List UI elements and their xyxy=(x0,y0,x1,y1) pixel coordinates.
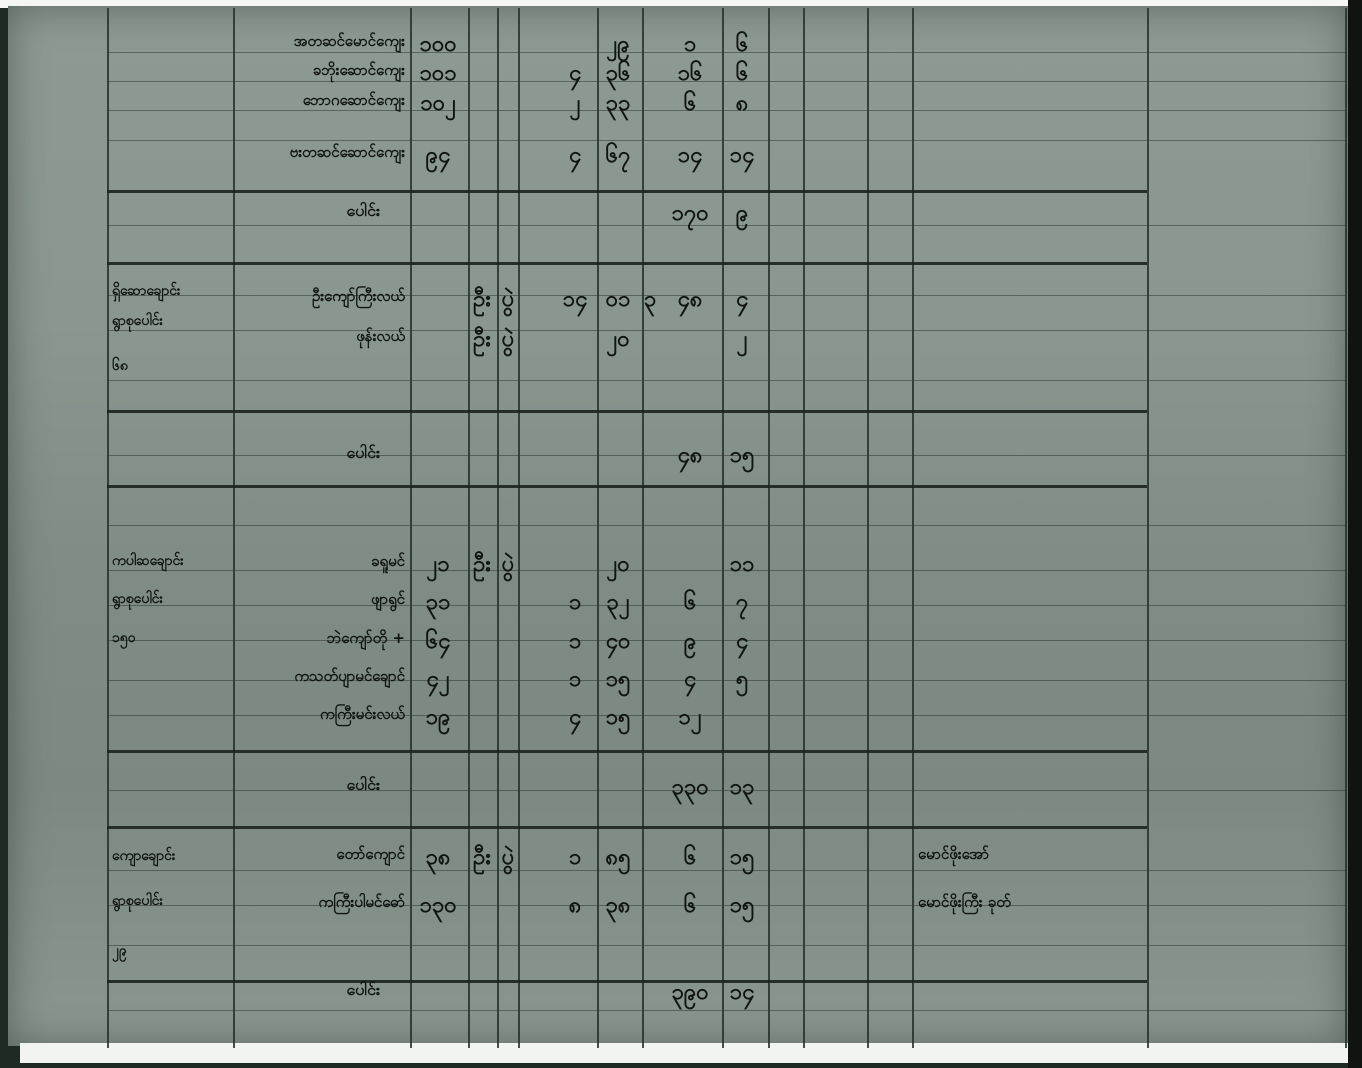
entry-value-c3: ပွဲ xyxy=(486,847,530,869)
total-value-c7: ၄၈ xyxy=(668,445,712,467)
total-label: ပေါင်း xyxy=(346,982,380,998)
entry-value-c8: ၁၅ xyxy=(720,895,764,917)
entry-value-c3: ပွဲ xyxy=(486,289,530,311)
entry-name: ခဘိုးဆောင်ကျေး xyxy=(313,63,405,78)
row-rule xyxy=(107,225,1347,226)
entry-value-c6: ၃၈ xyxy=(596,895,640,917)
entry-value-c5: ၁၄ xyxy=(553,289,597,311)
column-rule xyxy=(497,8,499,1048)
entry-value-c7: ၁၂ xyxy=(668,707,712,729)
column-rule xyxy=(518,8,520,1048)
entry-value-c8: ၁၅ xyxy=(720,847,764,869)
column-rule xyxy=(912,8,914,1048)
row-rule xyxy=(107,870,1347,871)
column-rule xyxy=(803,8,805,1048)
entry-value-c5: ၂ xyxy=(553,93,597,115)
column-rule xyxy=(107,8,109,1048)
entry-value-c1: ၉၄ xyxy=(416,145,460,167)
entry-value-c6: ၂၀ xyxy=(596,329,640,351)
scan-right-edge xyxy=(1348,0,1362,1068)
section-group-label: ကပါဆချောင်း xyxy=(112,554,184,568)
section-group-label: ၁၅၀ xyxy=(112,631,136,645)
entry-value-c1: ၁၀၀ xyxy=(416,34,460,56)
entry-value-c6: ၂၉ xyxy=(596,34,640,56)
row-rule xyxy=(107,140,1347,141)
row-rule xyxy=(107,525,1347,526)
entry-value-c6: ၁၅ xyxy=(596,669,640,691)
entry-name: ခရူမင် xyxy=(371,554,405,569)
column-rule xyxy=(867,8,869,1048)
total-label: ပေါင်း xyxy=(346,203,380,219)
entry-value-c7: ၄ xyxy=(668,669,712,691)
entry-name: ဘောဂဆောင်ကျေး xyxy=(303,93,405,108)
entry-value-c1: ၁၃၀ xyxy=(416,895,460,917)
entry-value-c5: ၄ xyxy=(553,707,597,729)
section-group-label: ရွာစုပေါင်း xyxy=(112,314,163,328)
column-rule xyxy=(233,8,235,1048)
entry-value-c8: ၆ xyxy=(720,34,764,56)
column-rule xyxy=(1147,8,1149,1048)
row-rule xyxy=(107,1010,1347,1011)
total-value-c7: ၃၉၀ xyxy=(668,982,712,1004)
entry-name: ကကြီးမင်းလယ် xyxy=(320,707,405,722)
section-group-label: ရွာစုပေါင်း xyxy=(112,592,163,606)
column-rule xyxy=(642,8,644,1048)
section-rule xyxy=(107,190,1147,193)
entry-value-c6: ၃၃ xyxy=(596,93,640,115)
entry-value-c6: ၆၇ xyxy=(596,145,640,167)
row-rule xyxy=(107,715,1347,716)
entry-value-c6: ၄၀ xyxy=(596,631,640,653)
entry-name: ဦးကျော်ကြီးလယ် xyxy=(312,289,405,304)
entry-value-c8: ၆ xyxy=(720,63,764,85)
entry-value-c7: ၆ xyxy=(668,895,712,917)
section-group-label: ရွာစုပေါင်း xyxy=(112,894,163,908)
total-value-c8: ၁၅ xyxy=(720,445,764,467)
entry-name: ဘဲကျော်တို + xyxy=(327,631,405,646)
entry-value-c8: ၂ xyxy=(720,329,764,351)
entry-value-c5: ၄ xyxy=(553,63,597,85)
entry-value-c6: ၁၅ xyxy=(596,707,640,729)
total-value-c8: ၁၃ xyxy=(720,777,764,799)
section-rule xyxy=(107,980,1147,983)
entry-value-c1: ၃၈ xyxy=(416,847,460,869)
entry-value-c8: ၈ xyxy=(720,93,764,115)
entry-value-c1: ၁၀၁ xyxy=(416,63,460,85)
column-rule xyxy=(410,8,412,1048)
entry-value-c1: ၆၄ xyxy=(416,631,460,653)
entry-value-c3: ပွဲ xyxy=(486,554,530,576)
entry-value-c6: ၃၂ xyxy=(596,592,640,614)
section-rule xyxy=(107,826,1147,829)
entry-value-c5: ၁ xyxy=(553,592,597,614)
entry-value-c7: ၆ xyxy=(668,847,712,869)
section-rule xyxy=(107,485,1147,488)
column-rule xyxy=(468,8,470,1048)
row-rule xyxy=(107,380,1347,381)
entry-value-c6: ၃၆ xyxy=(596,63,640,85)
entry-value-c1: ၃၁ xyxy=(416,592,460,614)
entry-value-c5: ၁ xyxy=(553,631,597,653)
entry-name: ဖျာရွင် xyxy=(371,592,405,607)
total-label: ပေါင်း xyxy=(346,445,380,461)
entry-name: တော်ကျောင် xyxy=(336,847,405,862)
entry-value-c7: ၄၈ xyxy=(668,289,712,311)
remark-note: မောင်ဖိုးအော် xyxy=(918,847,989,862)
entry-value-c1: ၁၀၂ xyxy=(416,93,460,115)
entry-value-c5: ၁ xyxy=(553,669,597,691)
section-group-label: ကျောချောင်း xyxy=(112,849,176,863)
section-rule xyxy=(107,410,1147,413)
entry-value-c6: ၂၀ xyxy=(596,554,640,576)
total-label: ပေါင်း xyxy=(346,777,380,793)
entry-value-c7: ၁၄ xyxy=(668,145,712,167)
column-rule xyxy=(1345,8,1347,1048)
entry-value-c8: ၁၁ xyxy=(720,554,764,576)
entry-value-c7: ၆ xyxy=(668,592,712,614)
total-value-c7: ၃၃၀ xyxy=(668,777,712,799)
entry-name: ဗးတဆင်ဆောင်ကျေး xyxy=(290,145,405,160)
entry-value-c1: ၂၁ xyxy=(416,554,460,576)
section-rule xyxy=(107,262,1147,265)
entry-value-c7: ၁၆ xyxy=(668,63,712,85)
entry-name: အတဆင်မောင်ကျေး xyxy=(294,34,405,49)
entry-value-c5: ၈ xyxy=(553,895,597,917)
entry-value-c1: ၁၉ xyxy=(416,707,460,729)
entry-value-c8: ၅ xyxy=(720,669,764,691)
entry-value-c5: ၄ xyxy=(553,145,597,167)
entry-name: ဖုန်းလယ် xyxy=(356,329,405,344)
section-rule xyxy=(107,750,1147,753)
entry-value-c6: ၈၅ xyxy=(596,847,640,869)
entry-value-c7: ၉ xyxy=(668,631,712,653)
entry-value-c5: ၁ xyxy=(553,847,597,869)
entry-value-c6b: ၃ xyxy=(628,289,672,311)
total-value-c8: ၁၄ xyxy=(720,982,764,1004)
entry-value-c3: ပွဲ xyxy=(486,329,530,351)
entry-value-c8: ၄ xyxy=(720,289,764,311)
remark-note: မောင်ဖိုးကြီး ခုတ် xyxy=(918,895,1011,910)
scan-bottom-margin xyxy=(20,1043,1350,1063)
entry-value-c7: ၁ xyxy=(668,34,712,56)
entry-name: ကကြီးပါမင်ဓော် xyxy=(319,895,405,910)
entry-value-c8: ၄ xyxy=(720,631,764,653)
entry-name: ကသတ်ပျာမင်ချောင် xyxy=(294,669,405,684)
entry-value-c8: ၁၄ xyxy=(720,145,764,167)
section-group-label: ၂၉ xyxy=(112,944,127,958)
entry-value-c7: ၆ xyxy=(668,93,712,115)
section-group-label: ရှိဆောချောင်း xyxy=(112,284,181,298)
column-rule xyxy=(768,8,770,1048)
total-value-c8: ၉ xyxy=(720,203,764,225)
total-value-c7: ၁၇၀ xyxy=(668,203,712,225)
entry-value-c8: ၇ xyxy=(720,592,764,614)
entry-value-c1: ၄၂ xyxy=(416,669,460,691)
section-group-label: ၆၈ xyxy=(112,359,128,373)
row-rule xyxy=(107,945,1347,946)
